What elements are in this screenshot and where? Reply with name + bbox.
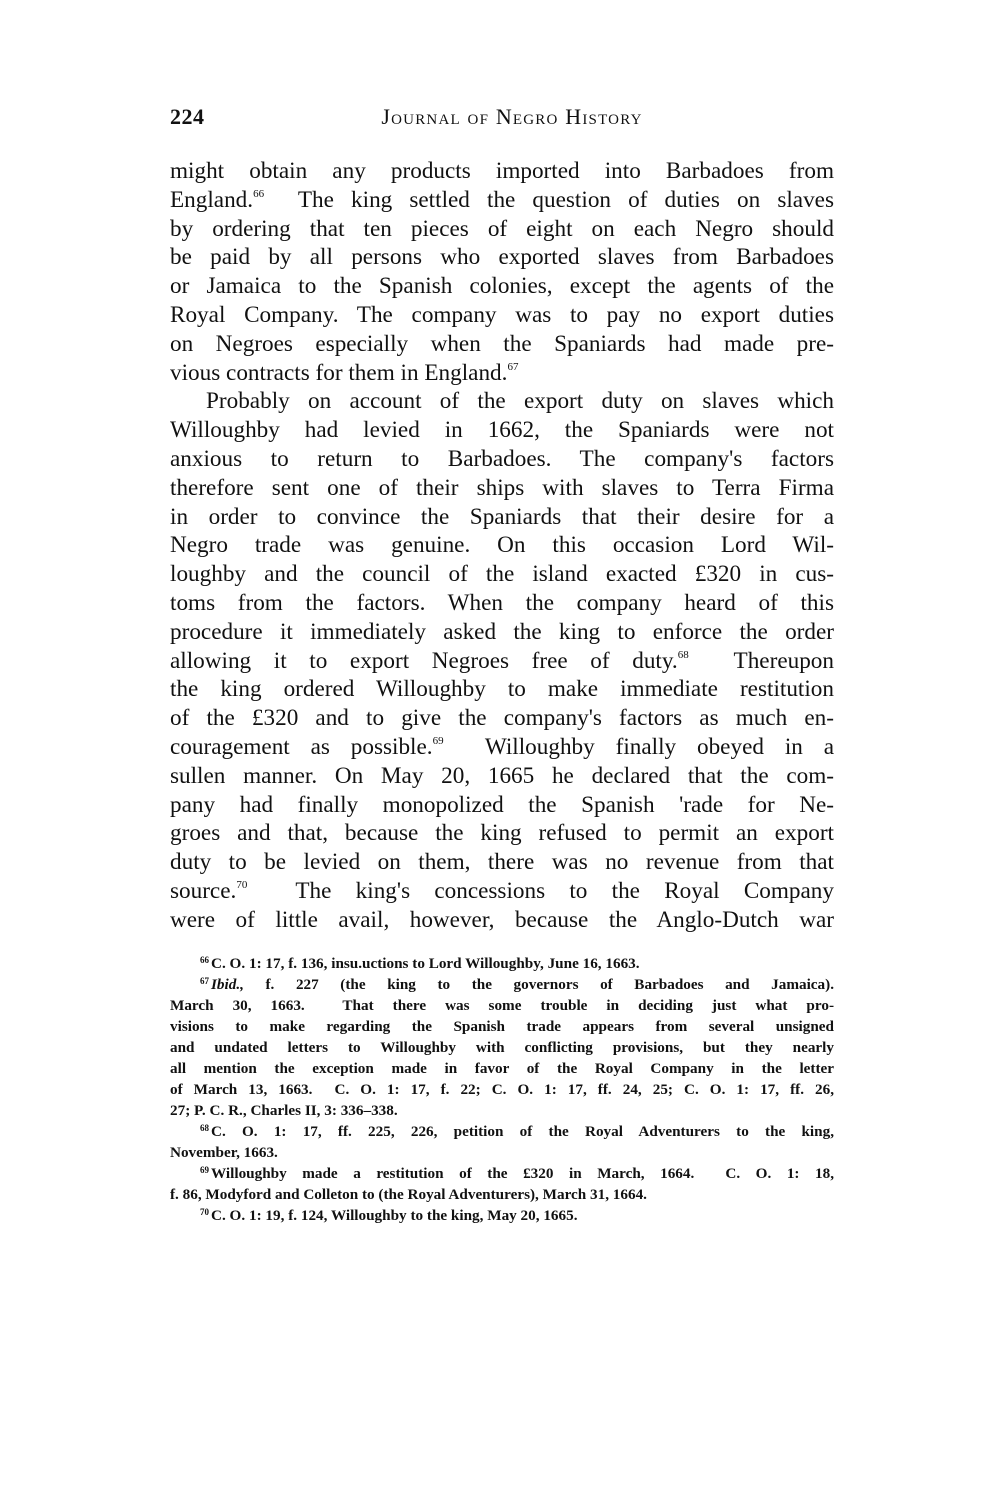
body-line: therefore sent one of their ships with s… — [170, 474, 834, 503]
body-line-text: sullen manner. On May 20, 1665 he declar… — [170, 763, 834, 789]
body-line-text: in order to convince the Spaniards that … — [170, 504, 834, 530]
footnote-reference: 67 — [507, 361, 518, 373]
footnote-number: 70 — [200, 1207, 209, 1217]
body-line: Willoughby had levied in 1662, the Spani… — [170, 416, 834, 445]
footnote-line: f. 86, Modyford and Colleton to (the Roy… — [170, 1184, 834, 1205]
footnote-text: C. O. 1: 17, ff. 225, 226, petition of t… — [211, 1123, 834, 1140]
footnote-text: 27; P. C. R., Charles II, 3: 336–338. — [170, 1102, 398, 1119]
body-text: might obtain any products imported into … — [170, 157, 834, 935]
footnote-line: and undated letters to Willoughby with c… — [170, 1037, 834, 1058]
body-line-text: the king ordered Willoughby to make imme… — [170, 676, 834, 702]
footnote-number: 67 — [200, 976, 209, 986]
footnote-text: C. O. 1: 17, f. 136, insu.uctions to Lor… — [211, 955, 640, 972]
footnote-text: March 30, 1663. That there was some trou… — [170, 997, 834, 1014]
footnote-line: all mention the exception made in favor … — [170, 1058, 834, 1079]
body-line-text: vious contracts for them in England. — [170, 360, 507, 386]
body-line: source.70 The king's concessions to the … — [170, 877, 834, 906]
body-line: sullen manner. On May 20, 1665 he declar… — [170, 762, 834, 791]
footnote-number: 66 — [200, 955, 209, 965]
footnote-reference: 66 — [253, 188, 264, 200]
footnote-70: 70C. O. 1: 19, f. 124, Willoughby to the… — [170, 1205, 834, 1226]
footnote-text: of March 13, 1663. C. O. 1: 17, f. 22; C… — [170, 1081, 834, 1098]
body-line-text: Willoughby finally obeyed in a — [444, 734, 834, 760]
body-line-text: The king's concessions to the Royal Comp… — [247, 878, 834, 904]
body-line-text: on Negroes especially when the Spaniards… — [170, 331, 834, 357]
body-line-text: Probably on account of the export duty o… — [206, 388, 834, 414]
body-line-text: of the £320 and to give the company's fa… — [170, 705, 834, 731]
body-line-text: toms from the factors. When the company … — [170, 590, 834, 616]
body-line: might obtain any products imported into … — [170, 157, 834, 186]
body-line: be paid by all persons who exported slav… — [170, 243, 834, 272]
footnote-line: of March 13, 1663. C. O. 1: 17, f. 22; C… — [170, 1079, 834, 1100]
footnote-text: f. 86, Modyford and Colleton to (the Roy… — [170, 1186, 647, 1203]
footnote-text: f. 227 (the king to the governors of Bar… — [244, 976, 834, 993]
body-line-text: loughby and the council of the island ex… — [170, 561, 834, 587]
body-line: groes and that, because the king refused… — [170, 819, 834, 848]
body-line-text: England. — [170, 187, 253, 213]
footnotes: 66C. O. 1: 17, f. 136, insu.uctions to L… — [170, 953, 834, 1226]
body-line-text: couragement as possible. — [170, 734, 433, 760]
footnote-66: 66C. O. 1: 17, f. 136, insu.uctions to L… — [170, 953, 834, 974]
body-line: procedure it immediately asked the king … — [170, 618, 834, 647]
body-line-text: duty to be levied on them, there was no … — [170, 849, 834, 875]
footnote-text: all mention the exception made in favor … — [170, 1060, 834, 1077]
body-line: in order to convince the Spaniards that … — [170, 503, 834, 532]
footnote-text: and undated letters to Willoughby with c… — [170, 1039, 834, 1056]
body-line-text: Thereupon — [689, 648, 834, 674]
footnote-text: C. O. 1: 19, f. 124, Willoughby to the k… — [211, 1207, 578, 1224]
body-line-text: or Jamaica to the Spanish colonies, exce… — [170, 273, 834, 299]
body-line: by ordering that ten pieces of eight on … — [170, 215, 834, 244]
body-line-text: procedure it immediately asked the king … — [170, 619, 834, 645]
footnote-line: November, 1663. — [170, 1142, 834, 1163]
body-line-text: The king settled the question of duties … — [264, 187, 834, 213]
body-line-text: Royal Company. The company was to pay no… — [170, 302, 834, 328]
body-line: vious contracts for them in England.67 — [170, 359, 834, 388]
footnote-italic-text: Ibid., — [211, 976, 244, 993]
body-line: Negro trade was genuine. On this occasio… — [170, 531, 834, 560]
body-line-text: be paid by all persons who exported slav… — [170, 244, 834, 270]
body-line: were of little avail, however, because t… — [170, 906, 834, 935]
body-line: pany had finally monopolized the Spanish… — [170, 791, 834, 820]
body-line: of the £320 and to give the company's fa… — [170, 704, 834, 733]
body-line: duty to be levied on them, there was no … — [170, 848, 834, 877]
body-line-text: anxious to return to Barbadoes. The comp… — [170, 446, 834, 472]
body-line-text: groes and that, because the king refused… — [170, 820, 834, 846]
footnote-text: Willoughby made a restitution of the £32… — [211, 1165, 834, 1182]
body-line-text: might obtain any products imported into … — [170, 158, 834, 184]
body-line-text: Negro trade was genuine. On this occasio… — [170, 532, 834, 558]
body-line: Royal Company. The company was to pay no… — [170, 301, 834, 330]
body-line: Probably on account of the export duty o… — [170, 387, 834, 416]
body-line-text: by ordering that ten pieces of eight on … — [170, 216, 834, 242]
footnote-reference: 70 — [236, 879, 247, 891]
footnote-68: 68C. O. 1: 17, ff. 225, 226, petition of… — [170, 1121, 834, 1142]
body-line: on Negroes especially when the Spaniards… — [170, 330, 834, 359]
body-line: couragement as possible.69 Willoughby fi… — [170, 733, 834, 762]
footnote-line: 27; P. C. R., Charles II, 3: 336–338. — [170, 1100, 834, 1121]
body-line: or Jamaica to the Spanish colonies, exce… — [170, 272, 834, 301]
footnote-number: 68 — [200, 1123, 209, 1133]
footnote-text: visions to make regarding the Spanish tr… — [170, 1018, 834, 1035]
body-line: loughby and the council of the island ex… — [170, 560, 834, 589]
footnote-line: March 30, 1663. That there was some trou… — [170, 995, 834, 1016]
journal-title: Journal of Negro History — [170, 104, 844, 130]
footnote-67: 67Ibid., f. 227 (the king to the governo… — [170, 974, 834, 995]
body-line: toms from the factors. When the company … — [170, 589, 834, 618]
body-line-text: allowing it to export Negroes free of du… — [170, 648, 678, 674]
footnote-line: visions to make regarding the Spanish tr… — [170, 1016, 834, 1037]
footnote-reference: 68 — [678, 649, 689, 661]
body-line-text: were of little avail, however, because t… — [170, 907, 834, 933]
footnote-69: 69Willoughby made a restitution of the £… — [170, 1163, 834, 1184]
body-line-text: source. — [170, 878, 236, 904]
footnote-reference: 69 — [433, 735, 444, 747]
footnote-text: November, 1663. — [170, 1144, 278, 1161]
body-line: allowing it to export Negroes free of du… — [170, 647, 834, 676]
body-line: the king ordered Willoughby to make imme… — [170, 675, 834, 704]
body-line-text: Willoughby had levied in 1662, the Spani… — [170, 417, 834, 443]
footnote-number: 69 — [200, 1165, 209, 1175]
body-line-text: therefore sent one of their ships with s… — [170, 475, 834, 501]
body-line: England.66 The king settled the question… — [170, 186, 834, 215]
running-head: 224 Journal of Negro History — [170, 104, 834, 134]
body-line: anxious to return to Barbadoes. The comp… — [170, 445, 834, 474]
body-line-text: pany had finally monopolized the Spanish… — [170, 792, 834, 818]
